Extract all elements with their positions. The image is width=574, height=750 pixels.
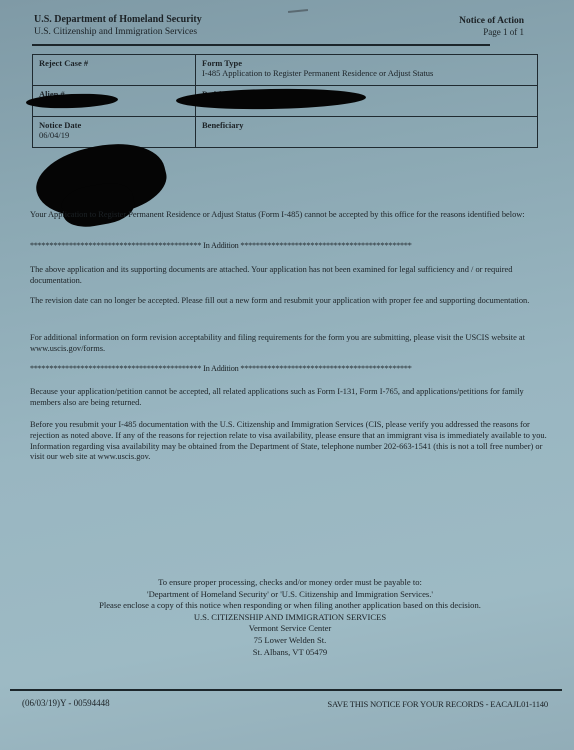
reject-case-label: Reject Case # <box>39 58 189 68</box>
form-type-value: I-485 Application to Register Permanent … <box>202 68 531 78</box>
payment-instruction: To ensure proper processing, checks and/… <box>30 577 550 589</box>
beneficiary-label: Beneficiary <box>202 120 531 130</box>
form-type-label: Form Type <box>202 58 531 68</box>
reject-case-cell: Reject Case # <box>33 55 196 86</box>
notice-date-value: 06/04/19 <box>39 130 189 140</box>
footer-rule <box>10 689 562 691</box>
city-state-zip: St. Albans, VT 05479 <box>30 647 550 659</box>
paragraph-website: For additional information on form revis… <box>30 333 550 355</box>
service-center: Vermont Service Center <box>30 623 550 635</box>
notice-header: Notice of Action Page 1 of 1 <box>459 16 524 38</box>
table-row: Reject Case # Form Type I-485 Applicatio… <box>33 55 538 86</box>
sub-agency-name: U.S. Citizenship and Immigration Service… <box>34 26 202 38</box>
enclose-notice-instruction: Please enclose a copy of this notice whe… <box>30 600 550 612</box>
agency-name: U.S. Department of Homeland Security <box>34 14 202 26</box>
header-rule <box>32 44 490 46</box>
in-addition-divider: ****************************************… <box>30 241 530 250</box>
table-row: Notice Date 06/04/19 Beneficiary <box>33 117 538 148</box>
office-name: U.S. CITIZENSHIP AND IMMIGRATION SERVICE… <box>30 612 550 624</box>
paragraph-revision-date: The revision date can no longer be accep… <box>30 296 550 307</box>
pen-mark <box>288 9 308 13</box>
agency-header: U.S. Department of Homeland Security U.S… <box>34 14 202 38</box>
intro-paragraph: Your Application to Register Permanent R… <box>30 210 550 221</box>
document-id: (06/03/19)Y - 00594448 <box>22 698 110 708</box>
save-notice-text: SAVE THIS NOTICE FOR YOUR RECORDS - EACA… <box>327 699 548 709</box>
paragraph-attached: The above application and its supporting… <box>30 265 550 287</box>
beneficiary-cell: Beneficiary <box>196 117 538 148</box>
page-indicator: Page 1 of 1 <box>459 27 524 38</box>
form-type-cell: Form Type I-485 Application to Register … <box>196 55 538 86</box>
in-addition-divider: ****************************************… <box>30 364 530 373</box>
street-address: 75 Lower Welden St. <box>30 635 550 647</box>
payment-and-address-block: To ensure proper processing, checks and/… <box>30 577 550 658</box>
paragraph-related-applications: Because your application/petition cannot… <box>30 387 550 409</box>
payee-names: 'Department of Homeland Security' or 'U.… <box>30 589 550 601</box>
notice-date-label: Notice Date <box>39 120 189 130</box>
notice-title: Notice of Action <box>459 16 524 27</box>
notice-date-cell: Notice Date 06/04/19 <box>33 117 196 148</box>
notice-of-action-document: U.S. Department of Homeland Security U.S… <box>0 0 574 750</box>
paragraph-resubmit: Before you resubmit your I-485 documenta… <box>30 420 550 463</box>
